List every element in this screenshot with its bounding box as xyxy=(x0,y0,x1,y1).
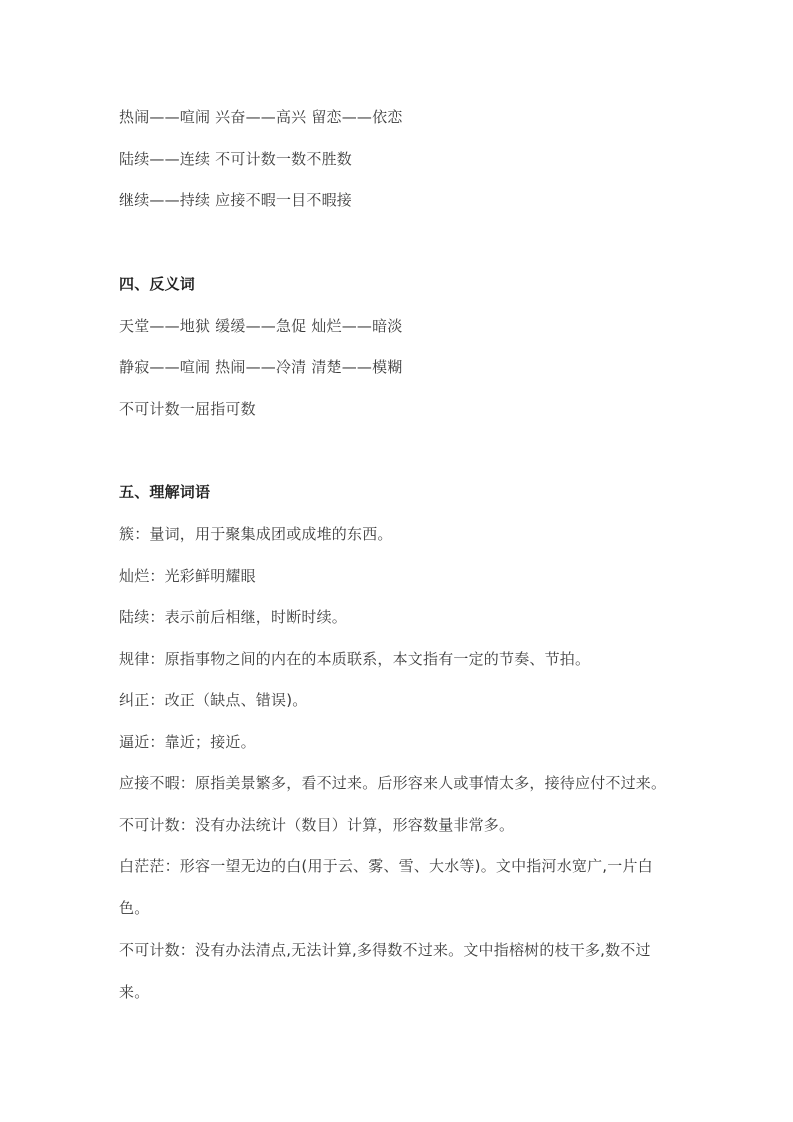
definition-line-2: 灿烂：光彩鲜明耀眼 xyxy=(119,566,256,586)
definition-line-1: 簇：量词，用于聚集成团或成堆的东西。 xyxy=(119,524,393,544)
definition-line-5: 纠正：改正（缺点、错误)。 xyxy=(119,690,307,710)
antonym-line-3: 不可计数一屈指可数 xyxy=(119,399,256,419)
definition-line-10-cont: 来。 xyxy=(119,982,149,1002)
definition-line-4: 规律：原指事物之间的内在的本质联系，本文指有一定的节奏、节拍。 xyxy=(119,649,590,669)
synonym-line-1: 热闹——喧闹 兴奋——高兴 留恋——依恋 xyxy=(119,107,403,127)
definition-line-8: 不可计数：没有办法统计（数目）计算，形容数量非常多。 xyxy=(119,815,514,835)
definition-line-9: 白茫茫：形容一望无边的白(用于云、雾、雪、大水等)。文中指河水宽广,一片白 xyxy=(119,856,653,876)
synonym-line-3: 继续——持续 应接不暇一目不暇接 xyxy=(119,190,352,210)
definition-line-3: 陆续：表示前后相继，时断时续。 xyxy=(119,607,347,627)
synonym-line-2: 陆续——连续 不可计数一数不胜数 xyxy=(119,149,352,169)
antonym-line-2: 静寂——喧闹 热闹——冷清 清楚——模糊 xyxy=(119,357,403,377)
definition-line-9-cont: 色。 xyxy=(119,898,149,918)
definitions-heading: 五、理解词语 xyxy=(119,482,210,502)
definition-line-10: 不可计数：没有办法清点,无法计算,多得数不过来。文中指榕树的枝干多,数不过 xyxy=(119,940,651,960)
antonyms-heading: 四、反义词 xyxy=(119,274,195,294)
definition-line-6: 逼近：靠近；接近。 xyxy=(119,732,256,752)
definition-line-7: 应接不暇：原指美景繁多，看不过来。后形容来人或事情太多，接待应付不过来。 xyxy=(119,773,666,793)
antonym-line-1: 天堂——地狱 缓缓——急促 灿烂——暗淡 xyxy=(119,316,403,336)
